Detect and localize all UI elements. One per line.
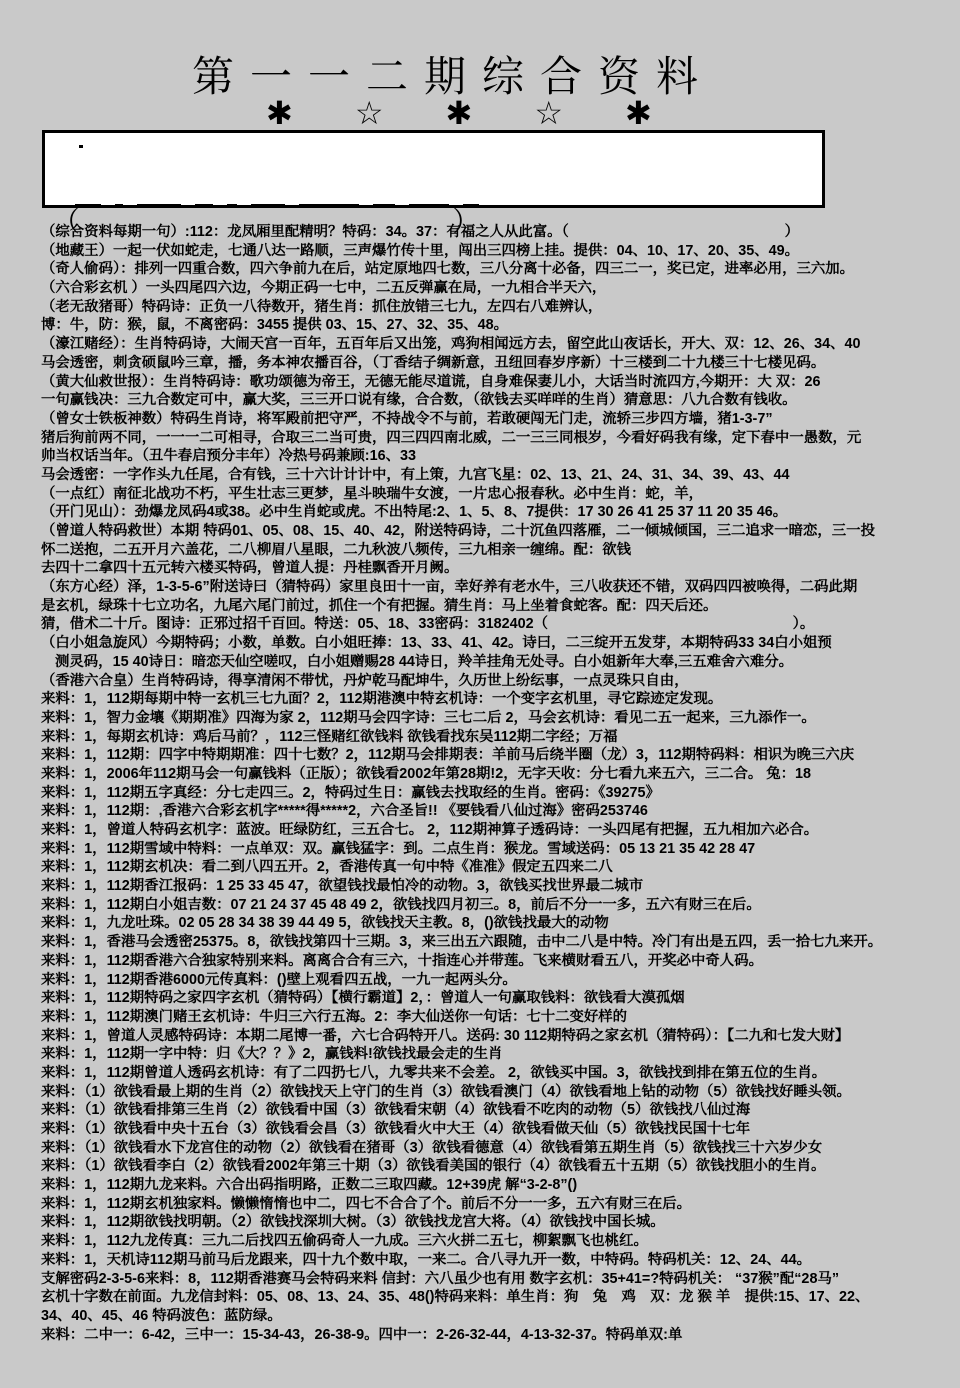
text-line: 来料：（1）欲钱看中央十五台（3）欲钱看会昌（3）欲钱看火中大王（4）欲钱看做天…	[41, 1120, 956, 1139]
text-line: 来料：1，112期特码之家四字玄机（猜特码）【横行霸道】2，：曾道人一句赢取钱料…	[41, 989, 956, 1008]
text-line: 来料：1，曾道人灵感特码诗：本期二尾博一番，六七合码特开八。送码: 30 112…	[41, 1027, 956, 1046]
text-line: （濠江赌经）：生肖特码诗，大闹天宫一百年，五百年后又出笼，鸡狗相闻远方去，留空此…	[41, 335, 956, 354]
text-line: 来料：（1）欲钱看水下龙宫住的动物（2）欲钱看在猪哥（3）欲钱看德意（4）欲钱看…	[41, 1139, 956, 1158]
text-line: 帅当权话当年。（丑牛春启预分丰年）冷热号码兼顾:16、33	[41, 447, 956, 466]
text-line: （东方心经）泽，1-3-5-6”附送诗曰（猜特码）家里良田十一亩，幸好养有老水牛…	[41, 578, 956, 597]
text-line: 来料：1，112期香港6000元传真料：()壁上观看四五战，一九一起两头分。	[41, 971, 956, 990]
text-line: （六合彩玄机 ）一头四尾四六边，今期正码一七中，二五反弹赢在局，一九相合半天六，	[41, 279, 956, 298]
text-line: 来料：1，2006年112期马会一句赢钱料（正版）；欲钱看2002年第28期!2…	[41, 765, 956, 784]
text-line: （老无敌猪哥）特码诗：正负一八待数开，猪生肖：抓住放错三七九，左四右八难辨认，	[41, 298, 956, 317]
text-line: （地藏王）一起一伏如蛇走，七通八达一路顺，三声爆竹传十里，闯出三四榜上挂。提供：…	[41, 242, 956, 261]
text-line: 博：牛，防：猴，鼠，不离密码：3455 提供 03、15、27、32、35、48…	[41, 316, 956, 335]
text-line: （黄大仙救世报）：生肖特码诗：歌功颂德为帝王，无德无能尽道谎，自身难保妻儿小，大…	[41, 373, 956, 392]
text-line: （综合资料每期一句）:112：龙凤厢里配精明？特码：34。37：有福之人从此富。…	[41, 223, 956, 242]
text-line: 来料：1，112期曾道人透码玄机诗：有了二四扔七八，九零共来不会差。 2，欲钱买…	[41, 1064, 956, 1083]
text-line: 是玄机，绿珠十七立功名，九尾六尾门前过，抓住一个有把握。猜生肖：马上坐着食蛇客。…	[41, 597, 956, 616]
text-line: 来料：1，112期九龙来料。六合出码指明路，正数二三取四藏。12+39虎 解“3…	[41, 1176, 956, 1195]
blank-result-box	[42, 130, 825, 208]
filled-star-icon: ✱	[266, 95, 355, 131]
text-line: （香港六合皇）生肖特码诗，得享清闲不带忧，丹炉乾马配坤牛，久历世上纷纭事，一点灵…	[41, 672, 956, 691]
text-line: 来料：1，香港马会透密25375。8，欲钱找第四十三期。3，来三出五六跟随，击中…	[41, 933, 956, 952]
text-line: 来料：1，天机诗112期马前马后龙跟来，四十九个数中取，一来二。合八寻九开一数，…	[41, 1251, 956, 1270]
text-line: 来料：1，112期玄机独家料。懒懒惰惰也中二，四七不合合了个。前后不分一一多，五…	[41, 1195, 956, 1214]
text-line: （曾女士铁板神数）特码生肖诗，将军殿前把守严，不持战令不与前，若敢硬闯无门走，流…	[41, 410, 956, 429]
text-line: 来料：1，112期香港六合独家特别来料。离离合合有三六，十指连心并带莲。飞来横财…	[41, 952, 956, 971]
text-line: 支解密码2-3-5-6来料：8，112期香港赛马会特码来料 信封：六八虽少也有用…	[41, 1270, 956, 1289]
text-line: 马会透密，刺贪硕鼠吟三章，播，务本神农播百谷，（丁香结子绸新意，丑纽回春岁序新）…	[41, 354, 956, 373]
print-dot	[79, 145, 83, 148]
text-line: 来料：1，九龙吐珠。02 05 28 34 38 39 44 49 5，欲钱找天…	[41, 914, 956, 933]
text-line: 来料：1，曾道人特码玄机字：蓝波。旺绿防红，三五合七。 2，112期神算子透码诗…	[41, 821, 956, 840]
outline-star-icon: ☆	[355, 95, 446, 131]
text-line: 猪后狗前两不同，一一一二可相寻，合取三二当可贵，四三四四南北威，二一三三同根岁，…	[41, 429, 956, 448]
text-line: 来料：1，112期澳门赌王玄机诗：牛归三六行五海。2：李大仙送你一句话：七十二变…	[41, 1008, 956, 1027]
text-line: 来料：1，112期欲钱找明朝。（2）欲钱找深圳大树。（3）欲钱找龙宫大将。（4）…	[41, 1213, 956, 1232]
outline-star-icon: ☆	[534, 95, 625, 131]
filled-star-icon: ✱	[625, 95, 714, 131]
text-line: （开门见山）：劲爆龙凤码4或38。必中生肖蛇或虎。不出特尾:2、1、5、8、7提…	[41, 503, 956, 522]
text-line: 去四十二拿四十五元转六楼买特码，曾道人提：丹桂飘香开月阙。	[41, 559, 956, 578]
text-line: 测灵码，15 40诗日：暗恋天仙空嗟叹，白小姐赠赐28 44诗日，羚羊挂角无处寻…	[41, 653, 956, 672]
text-line: 猜，借术二十斤。图诗：正邪过招千百回。特送：05、18、33密码：3182402…	[41, 615, 956, 634]
text-line: 玄机十字数在前面。九龙信封料：05、08、13、24、35、48()特码来料：单…	[41, 1288, 956, 1307]
text-line: 来料：1，112期五字真经：分七走四三。2，特码过生日：赢钱去找取经的生肖。密码…	[41, 784, 956, 803]
filled-star-icon: ✱	[446, 95, 535, 131]
text-line: 来料：1，112期每期中特一玄机三七九面？2，112期港澳中特玄机诗：一个变字玄…	[41, 690, 956, 709]
text-line: 一句赢钱决：三九合数定可中，赢大奖，三三开口说有缘，合合数，（欲钱去买咩咩的生肖…	[41, 391, 956, 410]
text-line: （一点红）南征北战功不朽，平生壮志三更梦，星斗映瑞牛女渡，一片忠心报春秋。必中生…	[41, 485, 956, 504]
text-line: 来料：1，112期：,香港六合彩玄机字*****得*****2，六合圣旨!! 《…	[41, 802, 956, 821]
text-line: 来料：1，112期一字中特：归《大？？》2，赢钱料!欲钱找最会走的生肖	[41, 1045, 956, 1064]
text-line: 来料：1，112九龙传真：三九二后找四五偷码奇人一九成。三六火拼二五七，柳絮飘飞…	[41, 1232, 956, 1251]
text-line: 来料：1，112期雪域中特料：一点单双：双。赢钱猛字：到。二点生肖：猴龙。雪域送…	[41, 840, 956, 859]
text-line: 来料：1，112期白小姐吉数：07 21 24 37 45 48 49 2，欲钱…	[41, 896, 956, 915]
text-line: 来料：1，智力金壤《期期准》四海为家 2，112期马会四字诗：三七二后 2，马会…	[41, 709, 956, 728]
text-line: 来料：1，112期香江报码：1 25 33 45 47，欲望钱找最怕冷的动物。3…	[41, 877, 956, 896]
text-line: 来料：二中一：6-42，三中一：15-34-43，26-38-9。四中一：2-2…	[41, 1326, 956, 1345]
text-line: 来料：1，每期玄机诗：鸡后马前？，112三怪赌红欲钱料 欲钱看找东吴112期二字…	[41, 728, 956, 747]
text-line: 来料：1，112期玄机决：看二到八四五开。2，香港传真一句中特《准准》假定五四来…	[41, 858, 956, 877]
text-line: 来料：1，112期：四字中特期期准：四十七数？2，112期马会排期表：羊前马后绕…	[41, 746, 956, 765]
text-line: （奇人偷码）：排列一四重合数，四六争前九在后，站定原地四七数，三八分离十必备，四…	[41, 260, 956, 279]
text-line: 怀二送抱，二五开月六盖花，二八柳眉八星眼，二九秋波八频传，三九相亲一缠绵。配：欲…	[41, 541, 956, 560]
star-decoration-row: ✱☆✱☆✱	[266, 94, 714, 132]
text-line: （白小姐急旋风）今期特码；小数，单数。白小姐旺捧：13、33、41、42。诗曰，…	[41, 634, 956, 653]
text-body: （综合资料每期一句）:112：龙凤厢里配精明？特码：34。37：有福之人从此富。…	[41, 223, 956, 1344]
text-line: 34、40、45、46 特码波色：蓝防绿。	[41, 1307, 956, 1326]
text-line: 马会透密：一字作头九任尾，合有钱，三十六计计计中，有上策，九宫飞星：02、13、…	[41, 466, 956, 485]
text-line: （曾道人特码救世）本期 特码01、05、08、15、40、42，附送特码诗，二十…	[41, 522, 956, 541]
text-line: 来料：（1）欲钱看排第三生肖（2）欲钱看中国（3）欲钱看宋朝（4）欲钱看不吃肉的…	[41, 1101, 956, 1120]
text-line: 来料：（1）欲钱看李白（2）欲钱看2002年第三十期（3）欲钱看美国的银行（4）…	[41, 1157, 956, 1176]
print-artifact-fragments	[75, 204, 493, 210]
text-line: 来料：（1）欲钱看最上期的生肖（2）欲钱找天上守门的生肖（3）欲钱看澳门（4）欲…	[41, 1083, 956, 1102]
